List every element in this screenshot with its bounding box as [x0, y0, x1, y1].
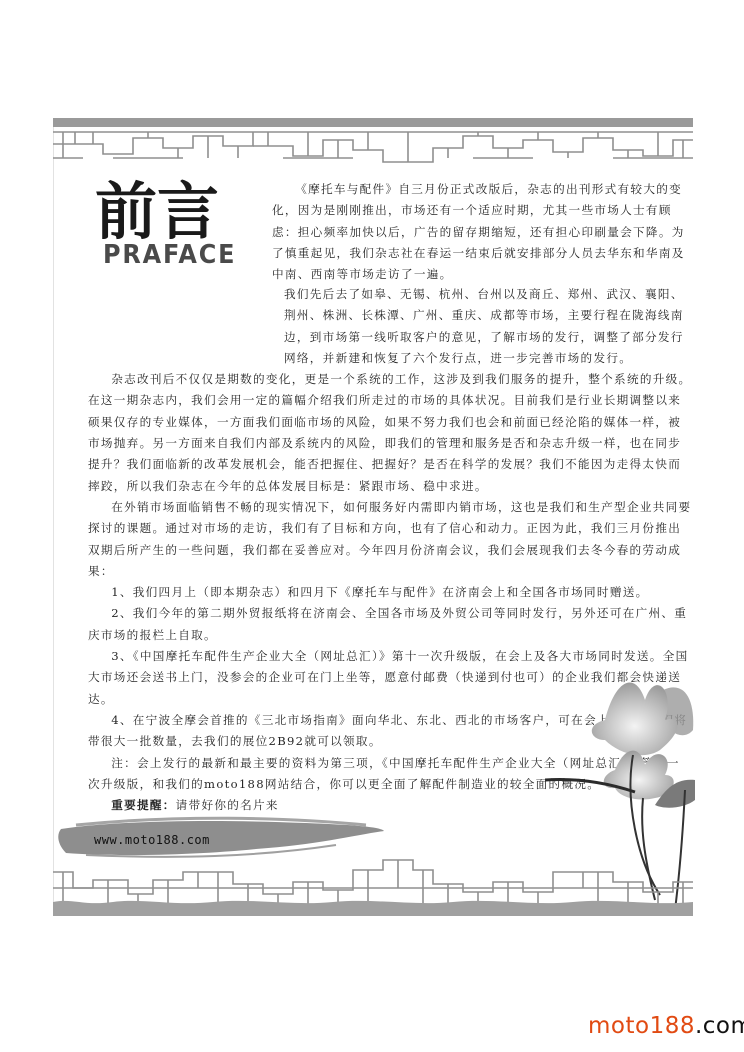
paragraph-3: 在外销市场面临销售不畅的现实情况下，如何服务好内需即内销市场，这也是我们和生产型… [88, 497, 692, 582]
website-url[interactable]: www.moto188.com [94, 833, 210, 847]
svg-text:前言: 前言 [95, 175, 219, 245]
intro-paragraph: 《摩托车与配件》自三月份正式改版后，杂志的出刊形式有较大的变化，因为是刚刚推出，… [272, 179, 690, 285]
reminder-label: 重要提醒： [111, 798, 175, 812]
intro-text: 《摩托车与配件》自三月份正式改版后，杂志的出刊形式有较大的变化，因为是刚刚推出，… [272, 179, 690, 285]
list-item-1: 1、我们四月上（即本期杂志）和四月下《摩托车与配件》在济南会上和全国各市场同时赠… [88, 582, 692, 603]
title-english: PRAFACE [103, 240, 236, 270]
lattice-border-top [53, 118, 693, 164]
brand-domain: .com [695, 1013, 744, 1039]
calligraphy-title: 前言 [95, 175, 255, 245]
list-item-2: 2、我们今年的第二期外贸报纸将在济南会、全国各市场及外贸公司等同时发行，另外还可… [88, 603, 692, 646]
brand-logo: moto188.com [588, 1013, 744, 1039]
paragraph-2: 杂志改刊后不仅仅是期数的变化，更是一个系统的工作，这涉及到我们服务的提升，整个系… [88, 369, 692, 497]
lattice-border-bottom [53, 858, 693, 916]
paragraph-1: 我们先后去了如皋、无锡、杭州、台州以及商丘、郑州、武汉、襄阳、荆州、株洲、长株潭… [88, 284, 692, 369]
brand-name: moto188 [588, 1013, 695, 1039]
reminder-text: 请带好你的名片来 [176, 798, 279, 812]
